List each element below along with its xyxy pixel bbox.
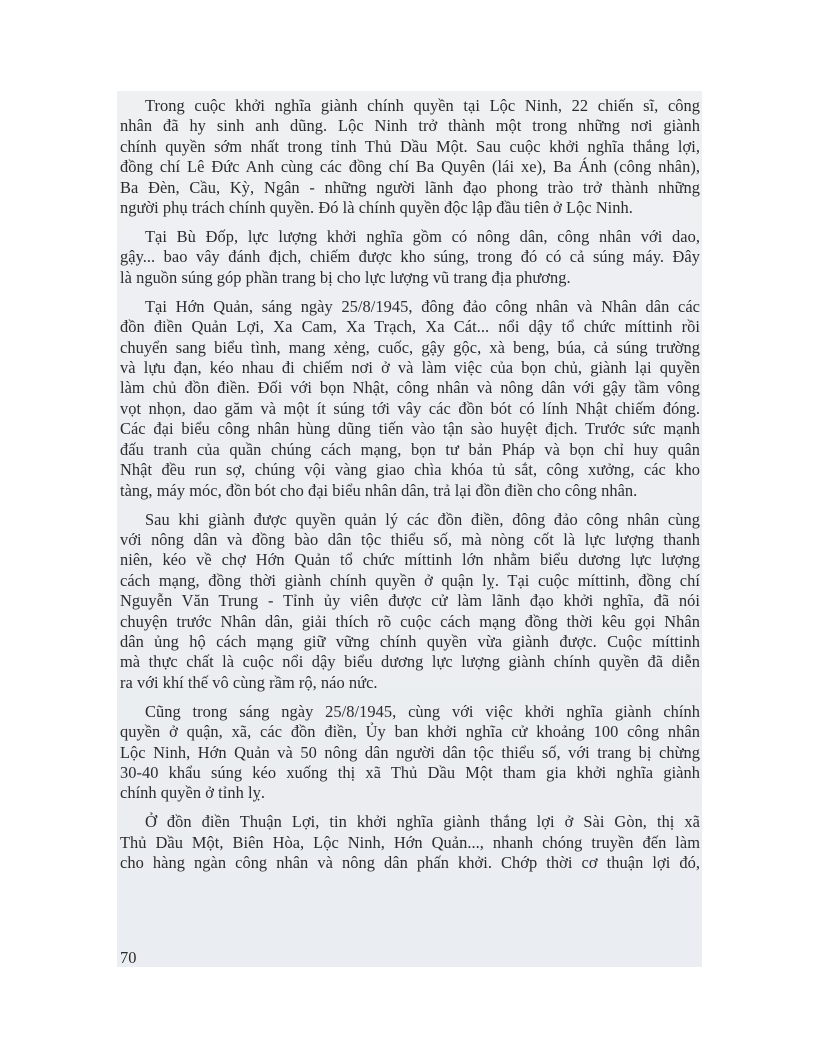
text-line: và lựu đạn, kéo nhau đi chiếm nơi ở và l… — [120, 358, 700, 378]
text-line: Nguyễn Văn Trung - Tỉnh ủy viên được cử … — [120, 591, 700, 611]
text-line: chính quyền ở tỉnh lỵ. — [120, 783, 700, 803]
text-line: với nông dân và đồng bào dân tộc thiểu s… — [120, 530, 700, 550]
text-line: Ở đồn điền Thuận Lợi, tin khởi nghĩa già… — [120, 812, 700, 832]
paragraph: Cũng trong sáng ngày 25/8/1945, cùng với… — [120, 702, 700, 804]
text-line: đồng chí Lê Đức Anh cùng các đồng chí Ba… — [120, 157, 700, 177]
text-line: cách mạng, đồng thời giành chính quyền ở… — [120, 571, 700, 591]
text-line: Ba Đèn, Cầu, Kỳ, Ngân - những người lãnh… — [120, 178, 700, 198]
text-line: nhân đã hy sinh anh dũng. Lộc Ninh trở t… — [120, 116, 700, 136]
text-line: Trong cuộc khởi nghĩa giành chính quyền … — [120, 96, 700, 116]
text-line: là nguồn súng góp phần trang bị cho lực … — [120, 268, 700, 288]
text-line: chuyển sang biểu tình, mang xẻng, cuốc, … — [120, 338, 700, 358]
paragraph: Tại Hớn Quản, sáng ngày 25/8/1945, đông … — [120, 297, 700, 501]
text-line: Cũng trong sáng ngày 25/8/1945, cùng với… — [120, 702, 700, 722]
text-line: Nhật đều run sợ, chúng vội vàng giao chì… — [120, 460, 700, 480]
text-line: niên, kéo về chợ Hớn Quản tổ chức míttin… — [120, 550, 700, 570]
text-line: ra với khí thế vô cùng rầm rộ, náo nức. — [120, 673, 700, 693]
text-line: 30-40 khẩu súng kéo xuống thị xã Thủ Dầu… — [120, 763, 700, 783]
text-line: người phụ trách chính quyền. Đó là chính… — [120, 198, 700, 218]
paragraph: Trong cuộc khởi nghĩa giành chính quyền … — [120, 96, 700, 218]
text-line: chuyện trước Nhân dân, giải thích rõ cuộ… — [120, 612, 700, 632]
paragraph: Tại Bù Đốp, lực lượng khởi nghĩa gồm có … — [120, 227, 700, 288]
text-line: Sau khi giành được quyền quản lý các đồn… — [120, 510, 700, 530]
page-number: 70 — [120, 948, 136, 968]
paragraph: Sau khi giành được quyền quản lý các đồn… — [120, 510, 700, 694]
paragraph: Ở đồn điền Thuận Lợi, tin khởi nghĩa già… — [120, 812, 700, 873]
text-line: vọt nhọn, dao găm và một ít súng tới vây… — [120, 399, 700, 419]
text-line: Tại Hớn Quản, sáng ngày 25/8/1945, đông … — [120, 297, 700, 317]
text-line: đấu tranh của quần chúng cách mạng, bọn … — [120, 440, 700, 460]
text-line: gậy... bao vây đánh địch, chiếm được kho… — [120, 247, 700, 267]
text-line: Lộc Ninh, Hớn Quản và 50 nông dân người … — [120, 743, 700, 763]
text-line: mà thực chất là cuộc nổi dậy biểu dương … — [120, 652, 700, 672]
text-line: Thủ Dầu Một, Biên Hòa, Lộc Ninh, Hớn Quả… — [120, 833, 700, 853]
text-line: dân ủng hộ cách mạng giữ vững chính quyề… — [120, 632, 700, 652]
text-line: làm chủ đồn điền. Đối với bọn Nhật, công… — [120, 378, 700, 398]
text-line: tàng, máy móc, đồn bót cho đại biểu nhân… — [120, 481, 700, 501]
text-line: chính quyền sớm nhất trong tỉnh Thủ Dầu … — [120, 137, 700, 157]
text-line: cho hàng ngàn công nhân và nông dân phấn… — [120, 853, 700, 873]
text-line: Tại Bù Đốp, lực lượng khởi nghĩa gồm có … — [120, 227, 700, 247]
text-line: đồn điền Quản Lợi, Xa Cam, Xa Trạch, Xa … — [120, 317, 700, 337]
body-text: Trong cuộc khởi nghĩa giành chính quyền … — [120, 96, 700, 882]
text-line: quyền ở quận, xã, các đồn điền, Ủy ban k… — [120, 722, 700, 742]
text-line: Các đại biểu công nhân hùng dũng tiến và… — [120, 419, 700, 439]
